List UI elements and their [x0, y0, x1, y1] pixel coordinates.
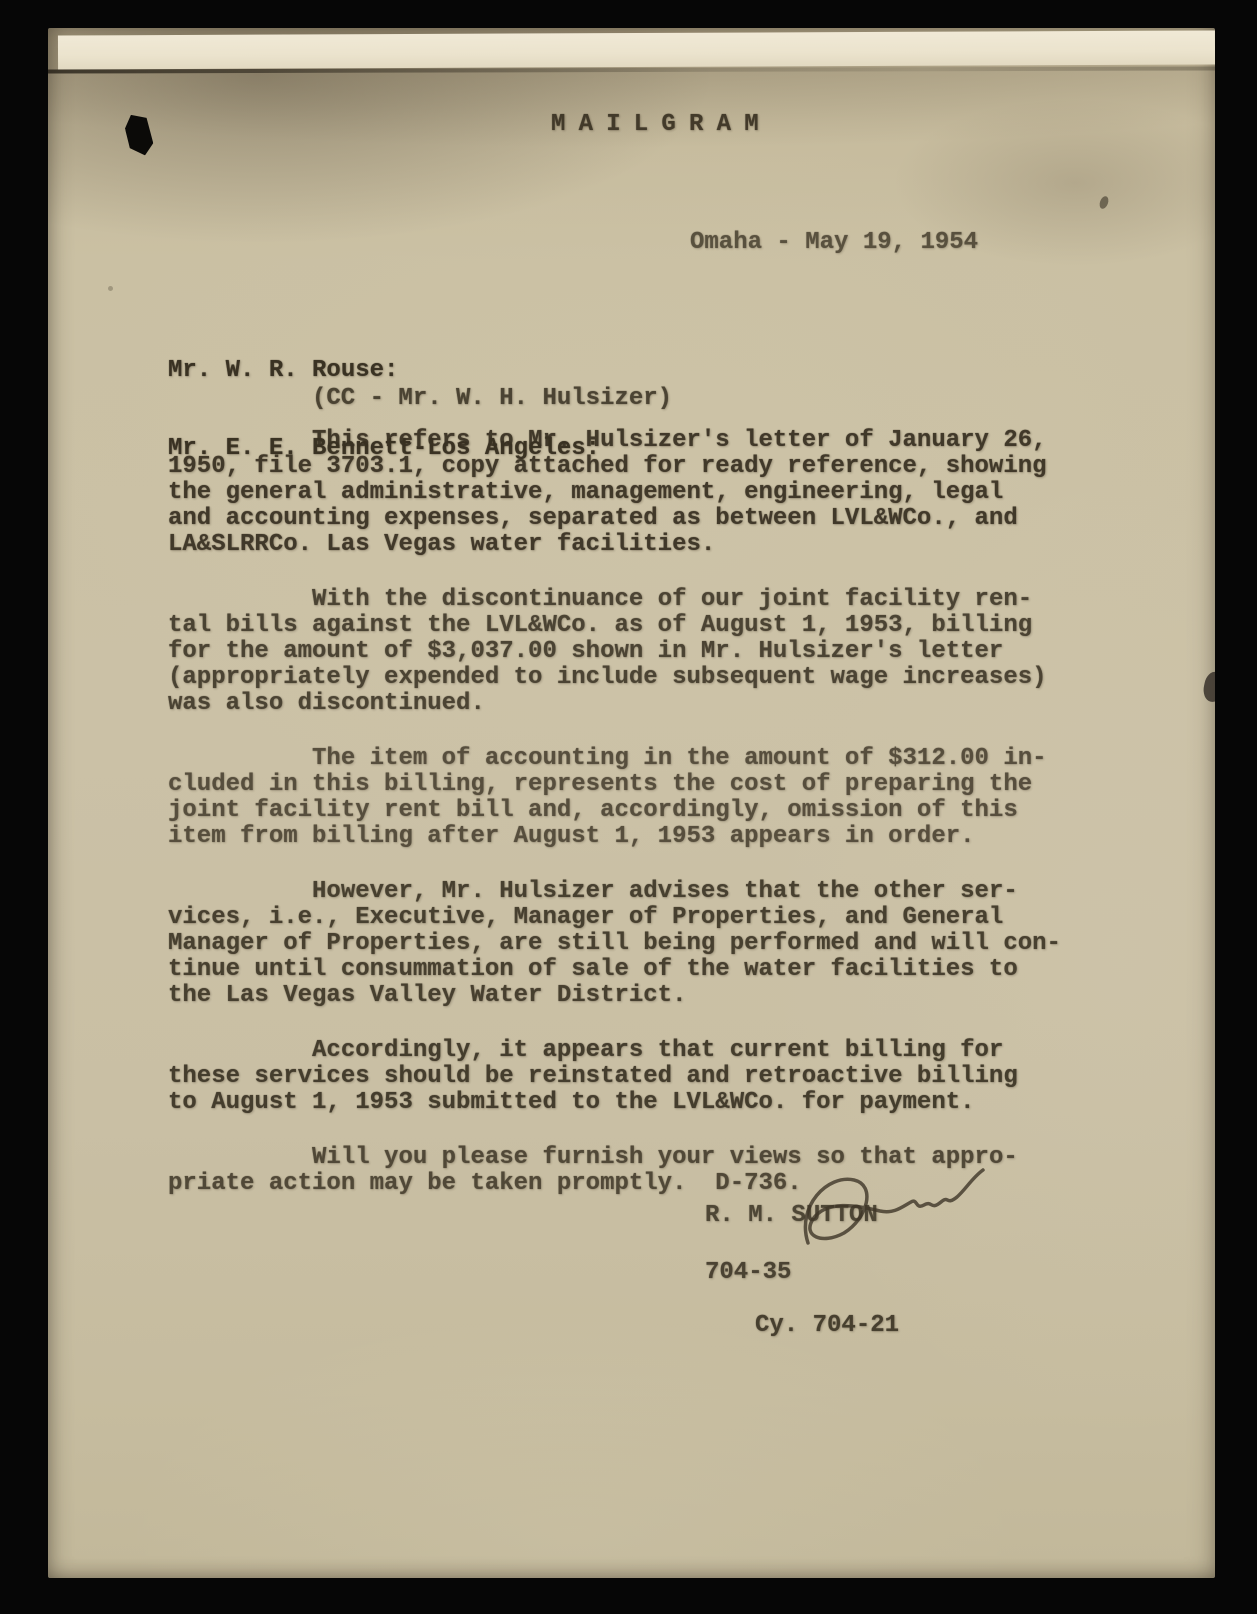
paragraph: However, Mr. Hulsizer advises that the o…	[168, 879, 1120, 1009]
paragraph: This refers to Mr. Hulsizer's letter of …	[168, 428, 1120, 558]
cc-line: (CC - Mr. W. H. Hulsizer)	[312, 386, 672, 412]
paragraph: With the discontinuance of our joint fac…	[168, 587, 1120, 717]
handwritten-signature	[778, 1158, 1008, 1273]
recipient-line: Mr. W. R. Rouse:	[168, 358, 600, 384]
letter-body: This refers to Mr. Hulsizer's letter of …	[168, 428, 1120, 1226]
file-number: 704-35	[705, 1260, 791, 1286]
scanned-document: MAILGRAM Omaha - May 19, 1954 Mr. W. R. …	[0, 0, 1257, 1614]
paragraph: Accordingly, it appears that current bil…	[168, 1038, 1120, 1116]
letter-content: MAILGRAM Omaha - May 19, 1954 Mr. W. R. …	[48, 28, 1215, 1578]
copy-number: Cy. 704-21	[755, 1313, 899, 1339]
document-title: MAILGRAM	[551, 112, 772, 138]
dateline: Omaha - May 19, 1954	[690, 230, 978, 256]
letter-page: MAILGRAM Omaha - May 19, 1954 Mr. W. R. …	[48, 28, 1215, 1578]
paragraph: The item of accounting in the amount of …	[168, 746, 1120, 850]
